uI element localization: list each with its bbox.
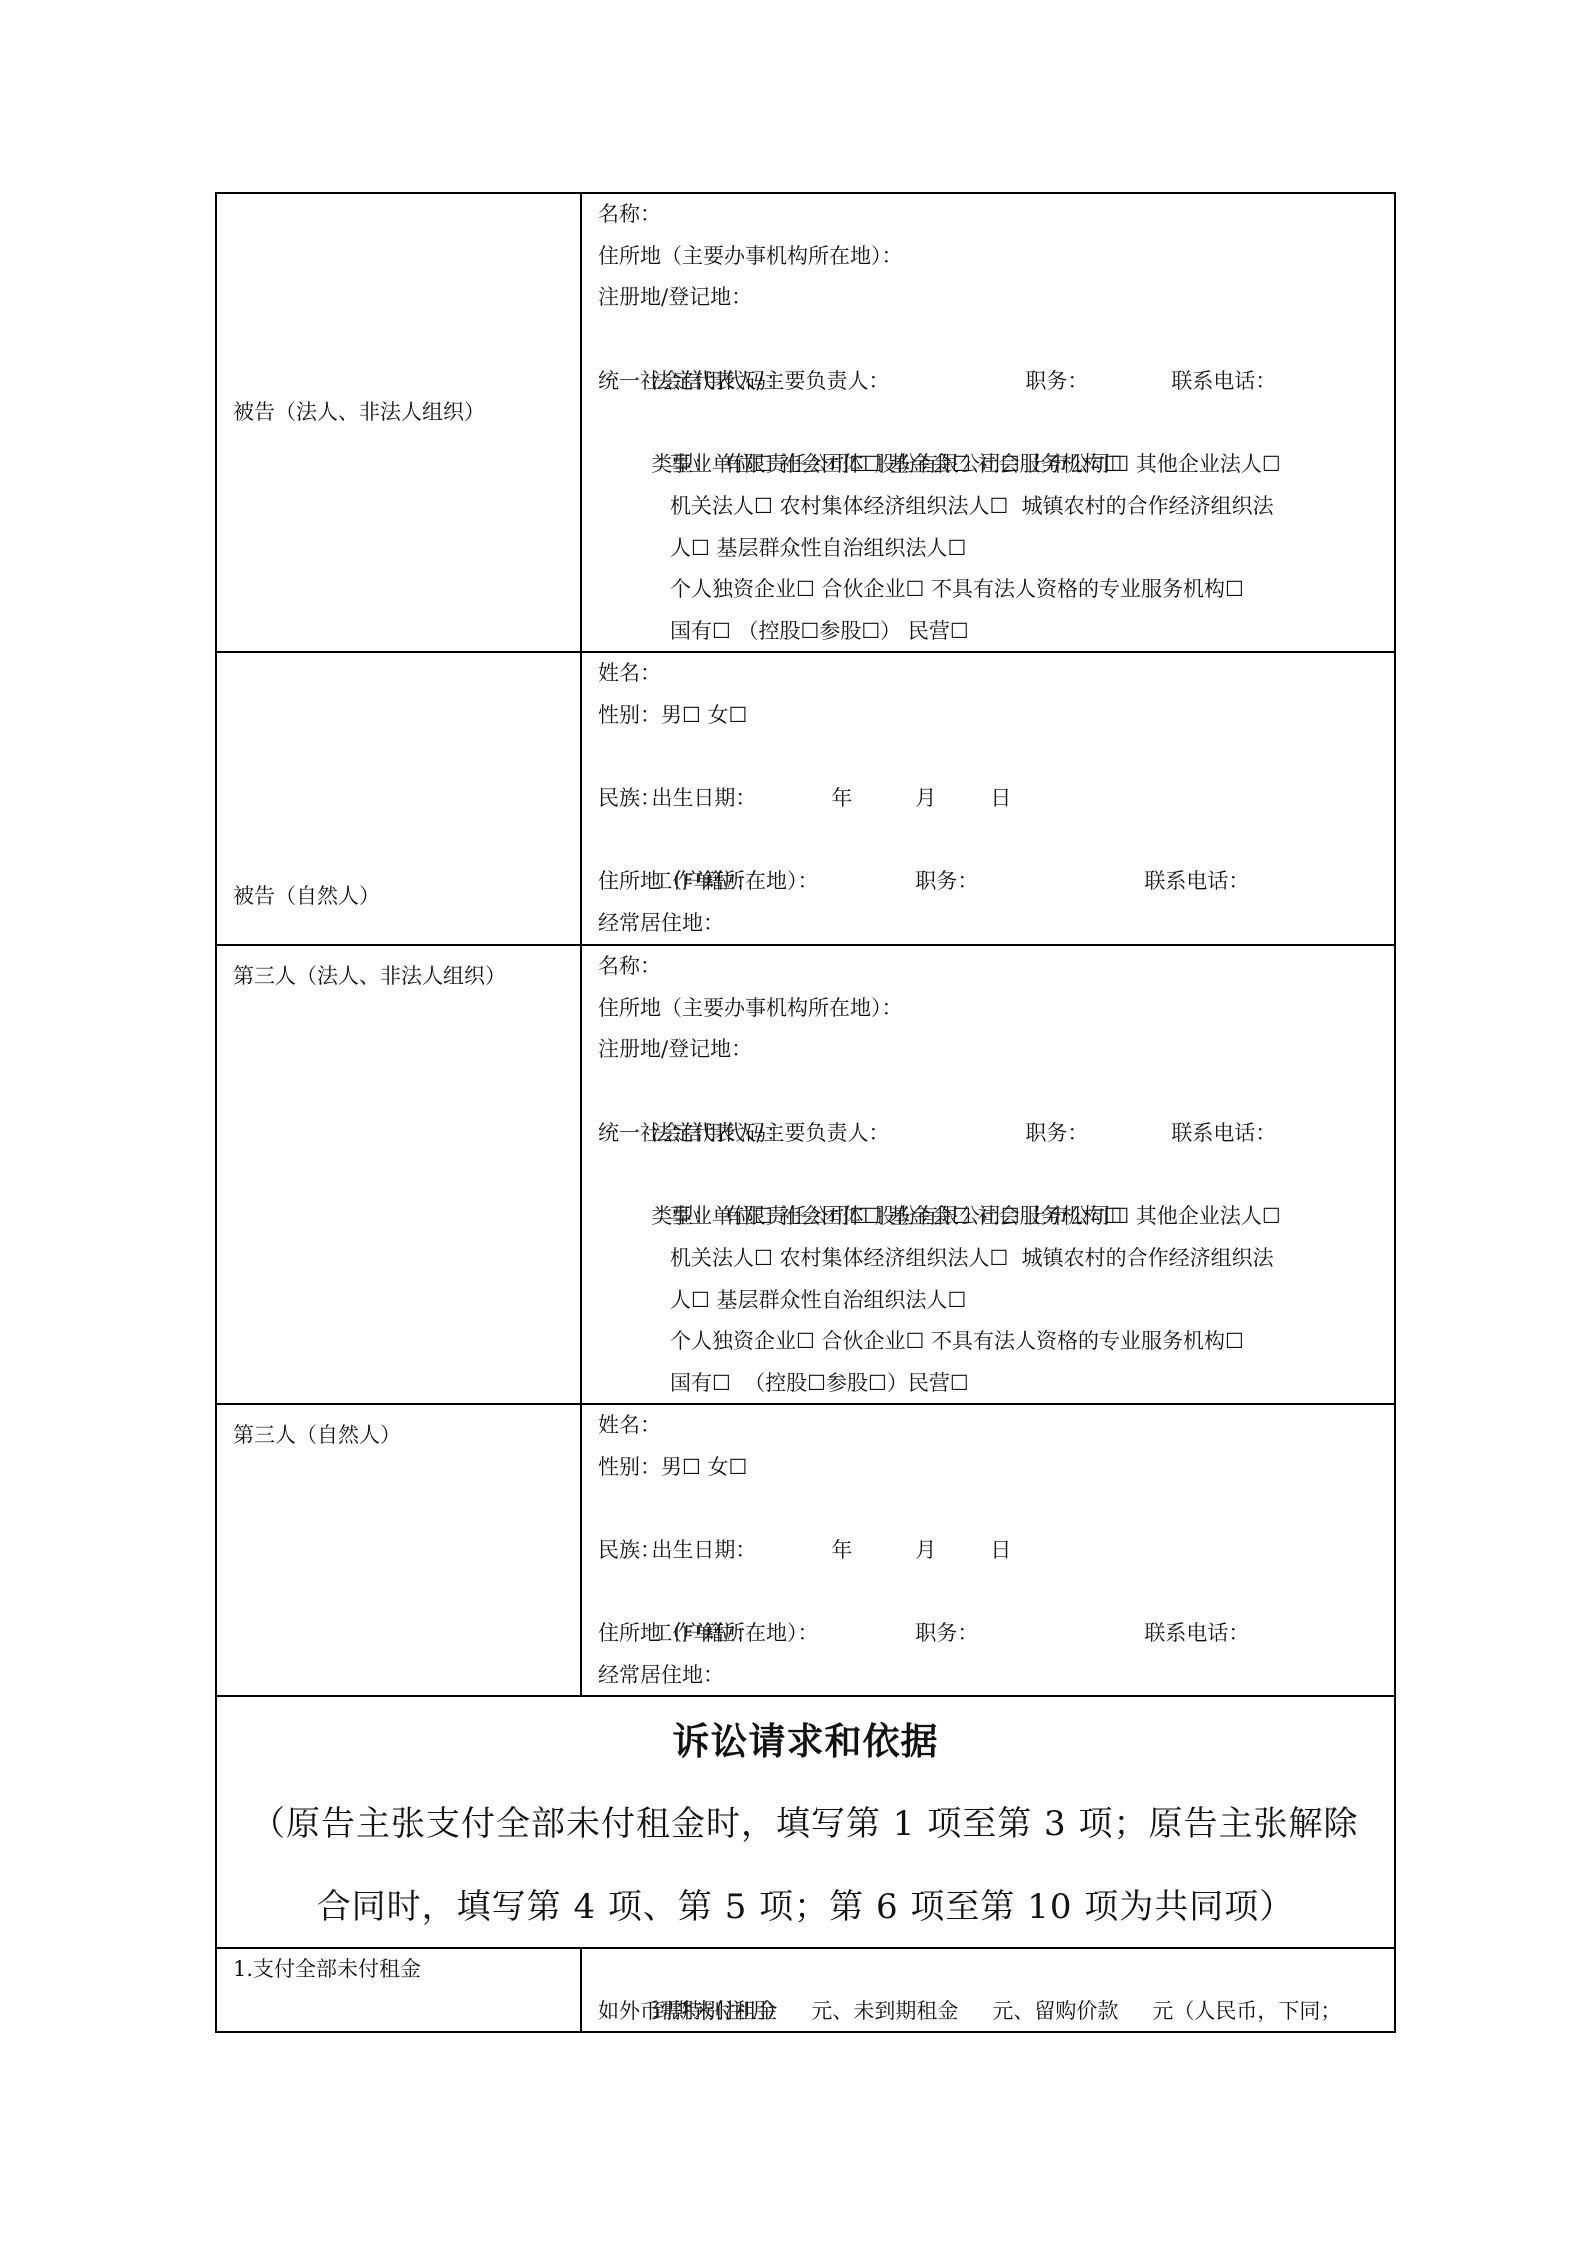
type-options-3[interactable]: 机关法人☐ 农村集体经济组织法人☐ 城镇农村的合作经济组织法 [598,1238,1384,1280]
instructions-line-1: （原告主张支付全部未付租金时，填写第 1 项至第 3 项；原告主张解除 [237,1783,1374,1866]
purchase-price-label: 元、留购价款 [992,1999,1118,2023]
label-cell: 第三人（自然人） [217,1405,582,1695]
birth-day-label: 日 [990,1530,1011,1572]
row-third-party-natural: 第三人（自然人） 姓名： 性别：男☐ 女☐ 出生日期：年月日 民族： 工作单位：… [217,1403,1394,1695]
content-cell: 名称： 住所地（主要办事机构所在地）： 注册地/登记地： 法定代表人/主要负责人… [582,946,1394,1403]
label-cell: 第三人（法人、非法人组织） [217,946,582,1403]
row-label: 被告（法人、非法人组织） [233,392,485,434]
field-position[interactable]: 职务： [1025,1113,1171,1155]
row-third-party-legal: 第三人（法人、非法人组织） 名称： 住所地（主要办事机构所在地）： 注册地/登记… [217,944,1394,1403]
type-options-6[interactable]: 国有☐ （控股☐参股☐）民营☐ [598,1363,1384,1405]
row-defendant-natural: 被告（自然人） 姓名： 性别：男☐ 女☐ 出生日期：年月日 民族： 工作单位：职… [217,651,1394,944]
field-birth[interactable]: 出生日期： [651,1530,831,1572]
row-label: 第三人（自然人） [233,1423,401,1447]
type-options-6[interactable]: 国有☐ （控股☐参股☐） 民营☐ [598,611,1384,653]
field-birth-line: 出生日期：年月日 [598,1488,1384,1530]
field-phone[interactable]: 联系电话： [1171,361,1276,403]
section-instructions: （原告主张支付全部未付租金时，填写第 1 项至第 3 项；原告主张解除 合同时，… [217,1761,1394,1949]
row-claim-1: 1.支付全部未付租金 到期未付租金元、未到期租金元、留购价款元（人民币，下同； … [217,1947,1394,2031]
birth-year-label: 年 [831,778,915,820]
field-employer-line: 工作单位：职务：联系电话： [598,820,1384,862]
field-legal-rep-line: 法定代表人/主要负责人：职务：联系电话： [598,319,1384,361]
row-label: 1.支付全部未付租金 [233,1957,421,1981]
field-name[interactable]: 姓名： [598,1405,1384,1447]
content-cell: 姓名： 性别：男☐ 女☐ 出生日期：年月日 民族： 工作单位：职务：联系电话： … [582,1405,1394,1695]
label-cell: 被告（自然人） [217,653,582,944]
field-type-line: 类型：有限责任公司☐ 股份有限公司☐ 上市公司☐ 其他企业法人☐ [598,1154,1384,1196]
claim-amounts-line: 到期未付租金元、未到期租金元、留购价款元（人民币，下同； [598,1949,1384,1991]
row-label: 第三人（法人、非法人组织） [233,964,506,988]
field-gender[interactable]: 性别：男☐ 女☐ [598,695,1384,737]
birth-month-label: 月 [915,778,990,820]
field-name[interactable]: 名称： [598,946,1384,988]
row-defendant-legal: 被告（法人、非法人组织） 名称： 住所地（主要办事机构所在地）： 注册地/登记地… [217,194,1394,651]
field-domicile[interactable]: 住所地（主要办事机构所在地）： [598,236,1384,278]
complaint-form-table: 被告（法人、非法人组织） 名称： 住所地（主要办事机构所在地）： 注册地/登记地… [215,192,1396,2033]
field-position[interactable]: 职务： [1025,361,1171,403]
field-residence[interactable]: 经常居住地： [598,1655,1384,1697]
instructions-line-2: 合同时，填写第 4 项、第 5 项；第 6 项至第 10 项为共同项） [237,1866,1374,1949]
label-cell: 被告（法人、非法人组织） [217,194,582,651]
birth-day-label: 日 [990,778,1011,820]
section-title: 诉讼请求和依据 [217,1697,1394,1761]
content-cell: 到期未付租金元、未到期租金元、留购价款元（人民币，下同； 如外币需特别注明） [582,1949,1394,2031]
birth-year-label: 年 [831,1530,915,1572]
field-position[interactable]: 职务： [915,861,1144,903]
field-phone[interactable]: 联系电话： [1144,861,1249,903]
type-options-3[interactable]: 机关法人☐ 农村集体经济组织法人☐ 城镇农村的合作经济组织法 [598,486,1384,528]
future-rent-label: 元、未到期租金 [811,1999,958,2023]
field-registered[interactable]: 注册地/登记地： [598,277,1384,319]
field-position[interactable]: 职务： [915,1613,1144,1655]
type-options-4[interactable]: 人☐ 基层群众性自治组织法人☐ [598,528,1384,570]
field-birth[interactable]: 出生日期： [651,778,831,820]
label-cell: 1.支付全部未付租金 [217,1949,582,2031]
type-options-4[interactable]: 人☐ 基层群众性自治组织法人☐ [598,1280,1384,1322]
currency-note: 元（人民币，下同； [1152,1999,1341,2023]
field-registered[interactable]: 注册地/登记地： [598,1029,1384,1071]
field-gender[interactable]: 性别：男☐ 女☐ [598,1447,1384,1489]
row-claims-heading: 诉讼请求和依据 （原告主张支付全部未付租金时，填写第 1 项至第 3 项；原告主… [217,1695,1394,1947]
type-options-5[interactable]: 个人独资企业☐ 合伙企业☐ 不具有法人资格的专业服务机构☐ [598,1321,1384,1363]
field-phone[interactable]: 联系电话： [1171,1113,1276,1155]
row-label: 被告（自然人） [233,876,380,918]
field-type-line: 类型：有限责任公司☐ 股份有限公司☐ 上市公司☐ 其他企业法人☐ [598,402,1384,444]
field-name[interactable]: 名称： [598,194,1384,236]
type-options-5[interactable]: 个人独资企业☐ 合伙企业☐ 不具有法人资格的专业服务机构☐ [598,569,1384,611]
field-legal-rep-line: 法定代表人/主要负责人：职务：联系电话： [598,1071,1384,1113]
content-cell: 名称： 住所地（主要办事机构所在地）： 注册地/登记地： 法定代表人/主要负责人… [582,194,1394,651]
field-name[interactable]: 姓名： [598,653,1384,695]
field-residence[interactable]: 经常居住地： [598,903,1384,945]
field-domicile[interactable]: 住所地（主要办事机构所在地）： [598,988,1384,1030]
field-phone[interactable]: 联系电话： [1144,1613,1249,1655]
birth-month-label: 月 [915,1530,990,1572]
field-birth-line: 出生日期：年月日 [598,736,1384,778]
content-cell: 姓名： 性别：男☐ 女☐ 出生日期：年月日 民族： 工作单位：职务：联系电话： … [582,653,1394,944]
field-employer-line: 工作单位：职务：联系电话： [598,1572,1384,1614]
